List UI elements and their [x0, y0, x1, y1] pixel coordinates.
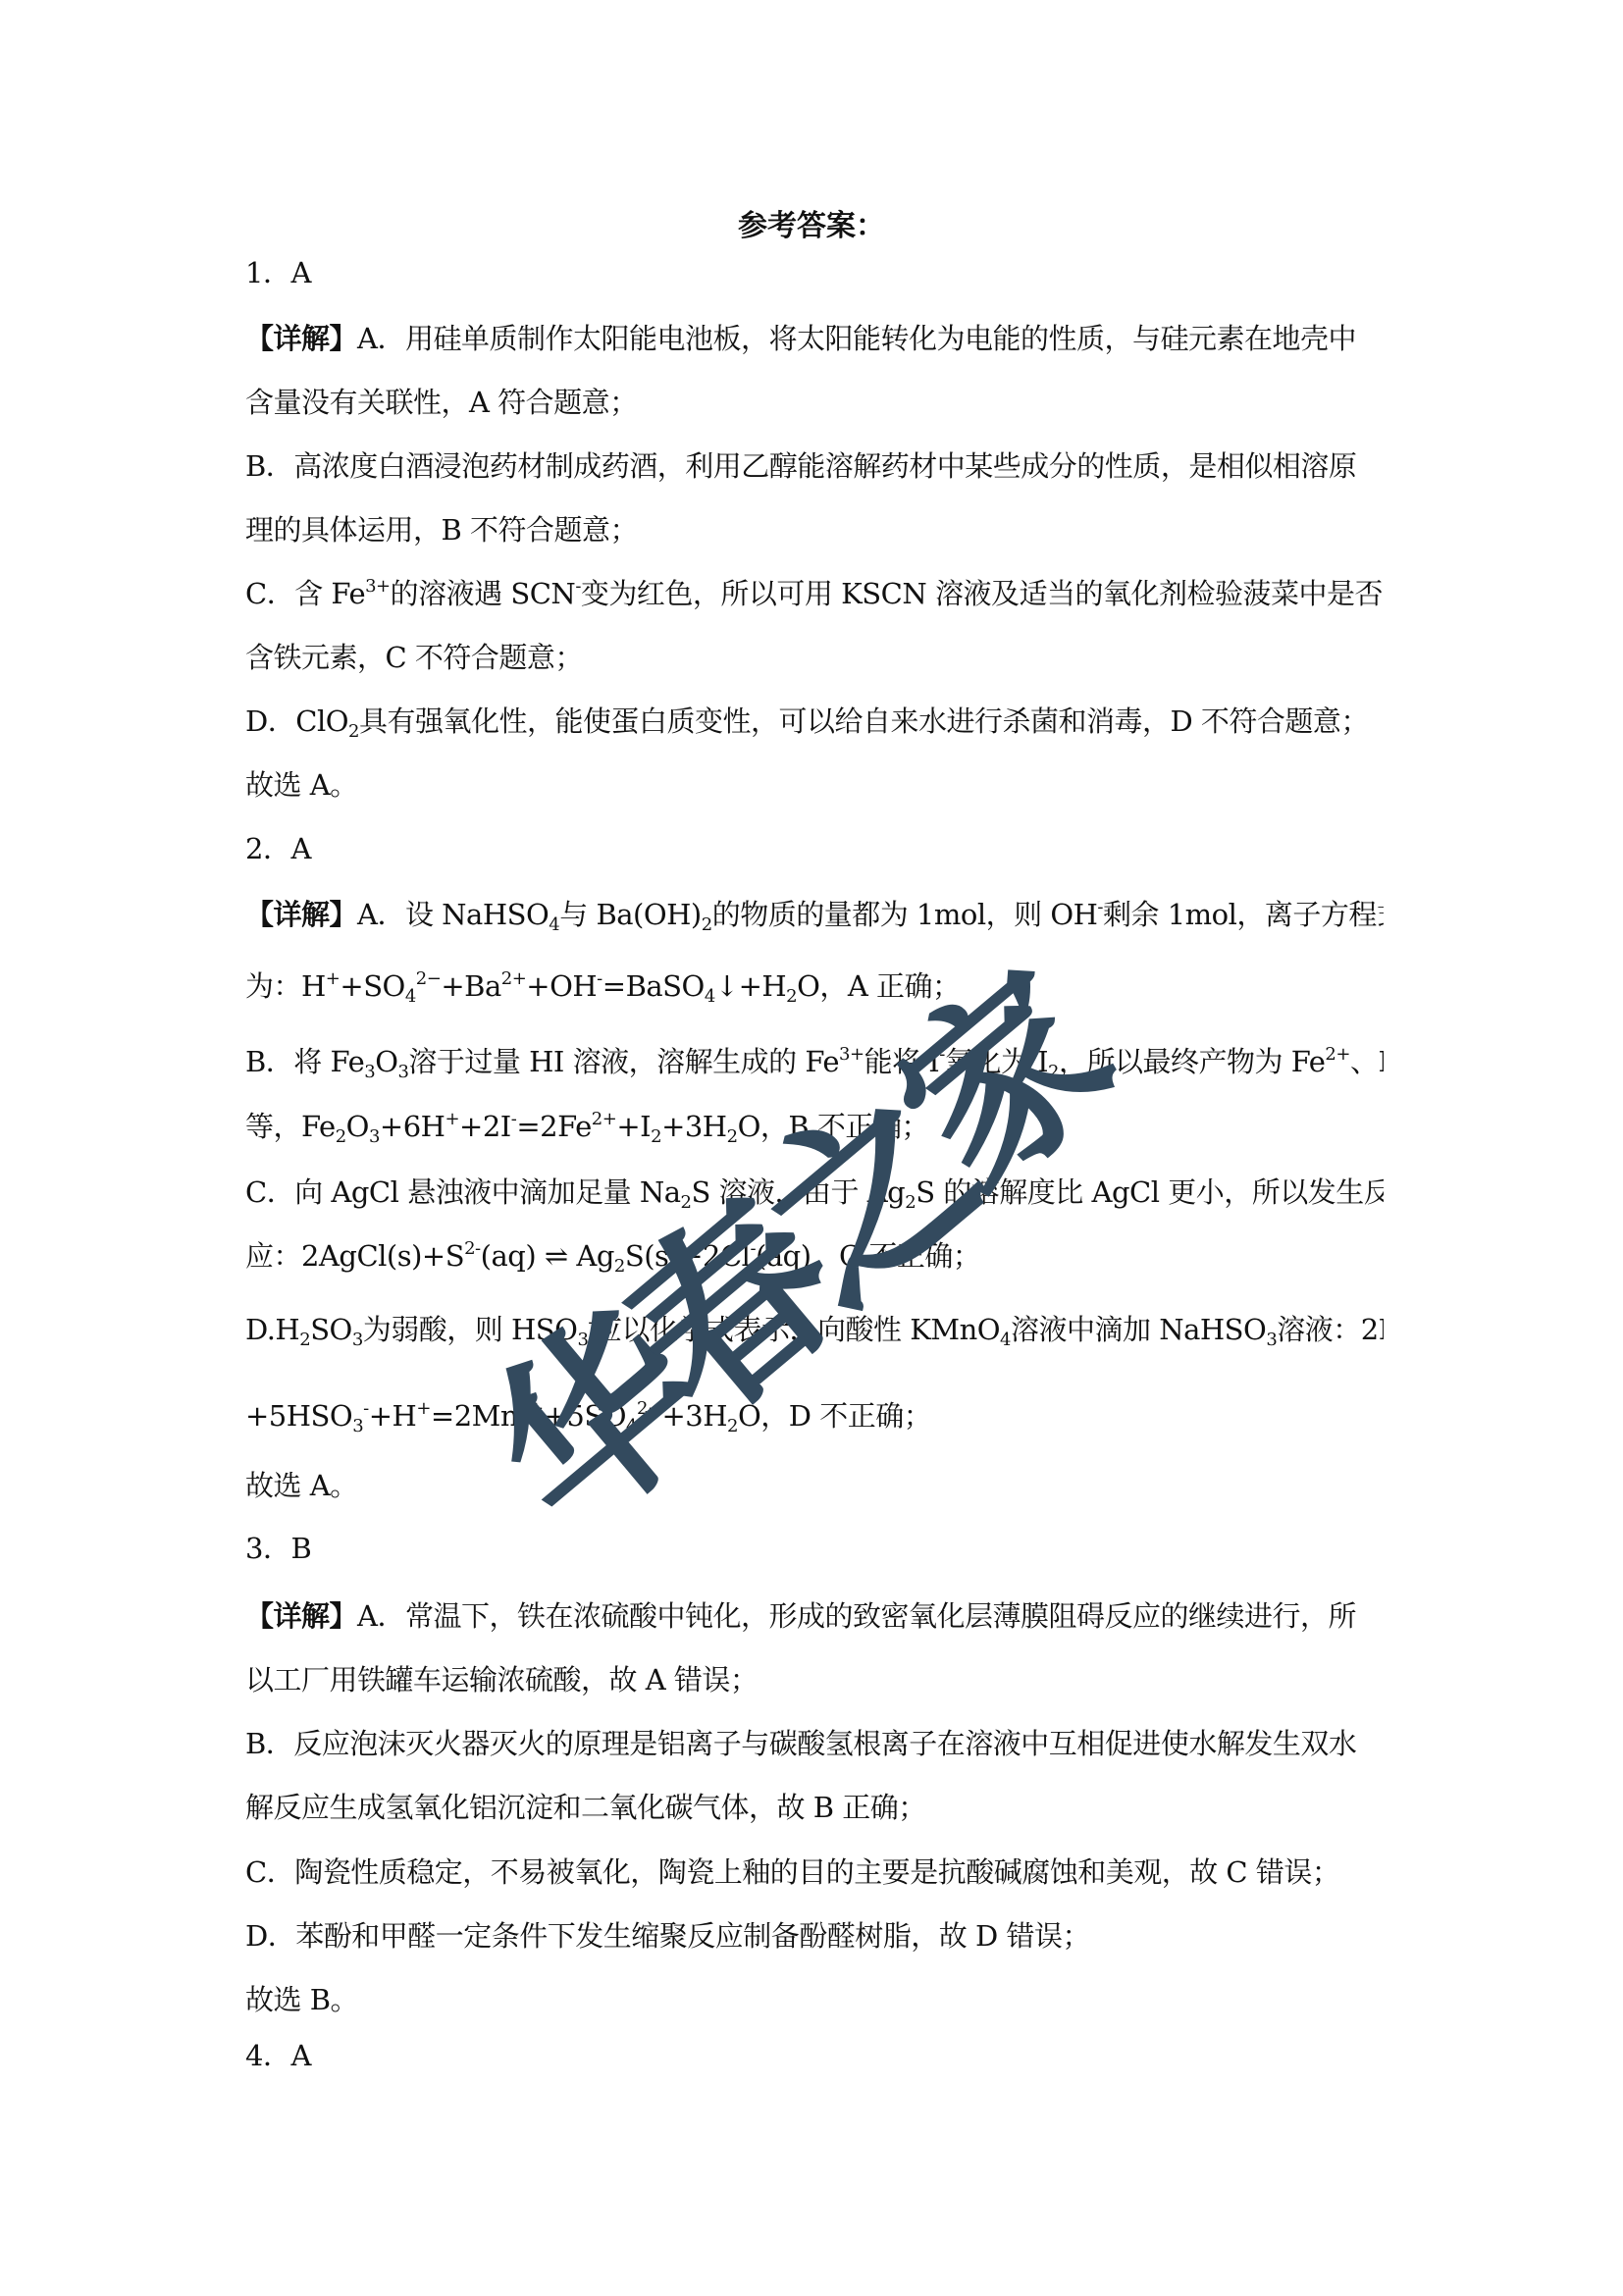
text-segment: S 溶液，由于 Ag	[691, 1175, 905, 1209]
text-segment: SO	[310, 1313, 352, 1346]
text-segment: 溶液中滴加 NaHSO	[1011, 1313, 1266, 1346]
text-line: +5HSO3-+H+=2Mn2++5SO42−+3H2O，D 不正确；	[245, 1396, 1384, 1435]
text-line: 【详解】A．用硅单质制作太阳能电池板，将太阳能转化为电能的性质，与硅元素在地壳中	[245, 319, 1384, 358]
subscript: 2	[614, 1256, 625, 1276]
text-segment: 的溶液遇 SCN	[391, 577, 576, 610]
text-segment: D．ClO	[245, 704, 348, 738]
text-line: 【详解】A．设 NaHSO4与 Ba(OH)2的物质的量都为 1mol，则 OH…	[245, 895, 1384, 934]
superscript: 2+	[518, 1398, 544, 1419]
text-line: C．含 Fe3+的溶液遇 SCN-变为红色，所以可用 KSCN 溶液及适当的氧化…	[245, 574, 1384, 613]
text-segment: 与 Ba(OH)	[559, 898, 702, 931]
subscript: 2	[702, 914, 712, 934]
superscript: 2+	[592, 1109, 617, 1129]
text-segment: 为：H	[245, 969, 326, 1003]
text-segment: S(s)+2Cl	[625, 1239, 751, 1273]
text-line: 【详解】A．常温下，铁在浓硫酸中钝化，形成的致密氧化层薄膜阻碍反应的继续进行，所	[245, 1596, 1384, 1636]
text-segment: B．将 Fe	[245, 1045, 364, 1078]
text-segment: 3．B	[245, 1532, 311, 1565]
subscript: 2	[651, 1126, 661, 1146]
subscript: 3	[369, 1126, 380, 1146]
superscript: 2+	[501, 968, 527, 989]
text-segment: 具有强氧化性，能使蛋白质变性，可以给自来水进行杀菌和消毒，D 不符合题意；	[359, 704, 1369, 738]
subscript: 4	[405, 986, 416, 1006]
text-segment: +5HSO	[245, 1399, 352, 1433]
subscript: 3	[1266, 1330, 1277, 1349]
text-line: 理的具体运用，B 不符合题意；	[245, 510, 1384, 549]
subscript: 3	[352, 1330, 363, 1349]
text-segment: 2．A	[245, 832, 311, 865]
detail-tag: 【详解】	[245, 322, 357, 355]
text-line: 故选 A。	[245, 1466, 1384, 1505]
document-page: 参考答案： 1．A【详解】A．用硅单质制作太阳能电池板，将太阳能转化为电能的性质…	[0, 0, 1623, 2296]
text-line: B．反应泡沫灭火器灭火的原理是铝离子与碳酸氢根离子在溶液中互相促进使水解发生双水	[245, 1724, 1384, 1763]
superscript: 2−	[637, 1398, 662, 1419]
text-segment: +3H	[662, 1399, 728, 1433]
text-segment: 溶液：2MnO	[1277, 1313, 1384, 1346]
text-segment: 理的具体运用，B 不符合题意；	[245, 513, 638, 547]
text-segment: +H	[369, 1399, 417, 1433]
text-segment: 故选 A。	[245, 768, 358, 802]
text-segment: ，所以最终产物为 Fe	[1059, 1045, 1325, 1078]
text-segment: A．设 NaHSO	[357, 898, 549, 931]
text-line: 含量没有关联性，A 符合题意；	[245, 383, 1384, 422]
superscript: +	[416, 1398, 431, 1419]
text-segment: 故选 A。	[245, 1469, 358, 1502]
subscript: 2	[786, 986, 797, 1006]
text-segment: D．苯酚和甲醛一定条件下发生缩聚反应制备酚醛树脂，故 D 错误；	[245, 1919, 1090, 1953]
detail-tag: 【详解】	[245, 1599, 357, 1633]
superscript: 2+	[1325, 1044, 1350, 1065]
text-segment: +3H	[661, 1110, 727, 1143]
text-segment: O	[375, 1045, 397, 1078]
subscript: 2	[905, 1192, 916, 1212]
text-segment: B．高浓度白酒浸泡药材制成药酒，利用乙醇能溶解药材中某些成分的性质，是相似相溶原	[245, 449, 1356, 483]
text-segment: 应以化学式表示，向酸性 KMnO	[594, 1313, 1000, 1346]
text-segment: O，B 不正确；	[738, 1110, 929, 1143]
text-segment: 、I	[1350, 1045, 1384, 1078]
text-segment: O，D 不正确；	[738, 1399, 931, 1433]
text-line: C．陶瓷性质稳定，不易被氧化，陶瓷上釉的目的主要是抗酸碱腐蚀和美观，故 C 错误…	[245, 1852, 1384, 1892]
text-line: 应：2AgCl(s)+S2-(aq) ⇌ Ag2S(s)+2Cl-(aq)，C …	[245, 1236, 1384, 1276]
text-line: D．苯酚和甲醛一定条件下发生缩聚反应制备酚醛树脂，故 D 错误；	[245, 1916, 1384, 1956]
text-segment: +I	[616, 1110, 651, 1143]
subscript: 2	[727, 1126, 738, 1146]
text-segment: +5SO	[544, 1399, 626, 1433]
text-line: D.H2SO3为弱酸，则 HSO3-应以化学式表示，向酸性 KMnO4溶液中滴加…	[245, 1310, 1384, 1349]
text-segment: 剩余 1mol，离子方程式	[1103, 898, 1384, 931]
text-line: 为：H++SO42−+Ba2++OH-=BaSO4↓+H2O，A 正确；	[245, 966, 1384, 1006]
subscript: 2	[348, 721, 359, 741]
text-segment: 含铁元素，C 不符合题意；	[245, 641, 583, 674]
text-line: 解反应生成氢氧化铝沉淀和二氧化碳气体，故 B 正确；	[245, 1788, 1384, 1827]
text-segment: A．常温下，铁在浓硫酸中钝化，形成的致密氧化层薄膜阻碍反应的继续进行，所	[357, 1599, 1356, 1633]
text-segment: 氧化为 I	[945, 1045, 1048, 1078]
superscript: +	[445, 1109, 459, 1129]
text-segment: 的物质的量都为 1mol，则 OH	[712, 898, 1098, 931]
text-segment: ↓+H	[715, 969, 786, 1003]
text-line: 故选 A。	[245, 765, 1384, 805]
text-segment: +OH	[526, 969, 597, 1003]
subscript: 3	[352, 1416, 363, 1435]
text-line: B．高浓度白酒浸泡药材制成药酒，利用乙醇能溶解药材中某些成分的性质，是相似相溶原	[245, 446, 1384, 486]
page-title: 参考答案：	[0, 201, 1623, 244]
subscript: 3	[364, 1062, 375, 1081]
text-line: 等，Fe2O3+6H++2I-=2Fe2++I2+3H2O，B 不正确；	[245, 1107, 1384, 1146]
text-segment: 变为红色，所以可用 KSCN 溶液及适当的氧化剂检验菠菜中是否	[581, 577, 1383, 610]
subscript: 4	[1000, 1330, 1011, 1349]
text-line: C．向 AgCl 悬浊液中滴加足量 Na2S 溶液，由于 Ag2S 的溶解度比 …	[245, 1173, 1384, 1212]
text-segment: +6H	[380, 1110, 445, 1143]
text-segment: +SO	[340, 969, 404, 1003]
text-segment: 含量没有关联性，A 符合题意；	[245, 386, 638, 419]
text-segment: A．用硅单质制作太阳能电池板，将太阳能转化为电能的性质，与硅元素在地壳中	[357, 322, 1356, 355]
subscript: 4	[626, 1416, 637, 1435]
text-segment: C．含 Fe	[245, 577, 365, 610]
superscript: +	[326, 968, 340, 989]
text-segment: 为弱酸，则 HSO	[363, 1313, 578, 1346]
text-segment: 4．A	[245, 2039, 311, 2072]
superscript: 2-	[464, 1238, 481, 1259]
text-line: B．将 Fe3O3溶于过量 HI 溶液，溶解生成的 Fe3+能将 I-氧化为 I…	[245, 1042, 1384, 1081]
subscript: 2	[680, 1192, 691, 1212]
subscript: 3	[397, 1062, 408, 1081]
text-segment: 能将 I	[864, 1045, 940, 1078]
superscript: 2−	[416, 968, 442, 989]
subscript: 3	[577, 1330, 588, 1349]
text-segment: C．向 AgCl 悬浊液中滴加足量 Na	[245, 1175, 680, 1209]
subscript: 2	[336, 1126, 346, 1146]
text-segment: C．陶瓷性质稳定，不易被氧化，陶瓷上釉的目的主要是抗酸碱腐蚀和美观，故 C 错误…	[245, 1855, 1339, 1889]
text-segment: =2Mn	[431, 1399, 518, 1433]
text-line: D．ClO2具有强氧化性，能使蛋白质变性，可以给自来水进行杀菌和消毒，D 不符合…	[245, 702, 1384, 741]
text-line: 含铁元素，C 不符合题意；	[245, 638, 1384, 677]
text-segment: O	[346, 1110, 369, 1143]
text-segment: +Ba	[441, 969, 500, 1003]
text-segment: =BaSO	[602, 969, 705, 1003]
subscript: 2	[727, 1416, 738, 1435]
text-segment: 溶于过量 HI 溶液，溶解生成的 Fe	[408, 1045, 839, 1078]
text-segment: (aq)，C 不正确；	[756, 1239, 980, 1273]
subscript: 2	[299, 1330, 310, 1349]
text-segment: D.H	[245, 1313, 299, 1346]
text-segment: S 的溶解度比 AgCl 更小，所以发生反	[916, 1175, 1384, 1209]
subscript: 2	[1048, 1062, 1059, 1081]
subscript: 4	[705, 986, 715, 1006]
text-segment: =2Fe	[516, 1110, 591, 1143]
text-segment: 以工厂用铁罐车运输浓硫酸，故 A 错误；	[245, 1663, 758, 1696]
text-segment: 等，Fe	[245, 1110, 336, 1143]
text-segment: 1．A	[245, 256, 311, 289]
text-segment: (aq) ⇌ Ag	[481, 1239, 614, 1273]
text-segment: B．反应泡沫灭火器灭火的原理是铝离子与碳酸氢根离子在溶液中互相促进使水解发生双水	[245, 1727, 1356, 1760]
text-line: 3．B	[245, 1529, 1384, 1568]
text-segment: 应：2AgCl(s)+S	[245, 1239, 464, 1273]
text-segment: 故选 B。	[245, 1983, 358, 2016]
text-segment: 解反应生成氢氧化铝沉淀和二氧化碳气体，故 B 正确；	[245, 1791, 926, 1824]
detail-tag: 【详解】	[245, 898, 357, 931]
subscript: 4	[549, 914, 559, 934]
text-segment: O，A 正确；	[797, 969, 960, 1003]
superscript: 3+	[839, 1044, 864, 1065]
text-line: 以工厂用铁罐车运输浓硫酸，故 A 错误；	[245, 1660, 1384, 1699]
text-line: 2．A	[245, 829, 1384, 868]
superscript: 3+	[365, 576, 391, 597]
text-segment: +2I	[459, 1110, 511, 1143]
text-line: 1．A	[245, 253, 1384, 292]
text-line: 4．A	[245, 2036, 1384, 2075]
text-line: 故选 B。	[245, 1980, 1384, 2019]
